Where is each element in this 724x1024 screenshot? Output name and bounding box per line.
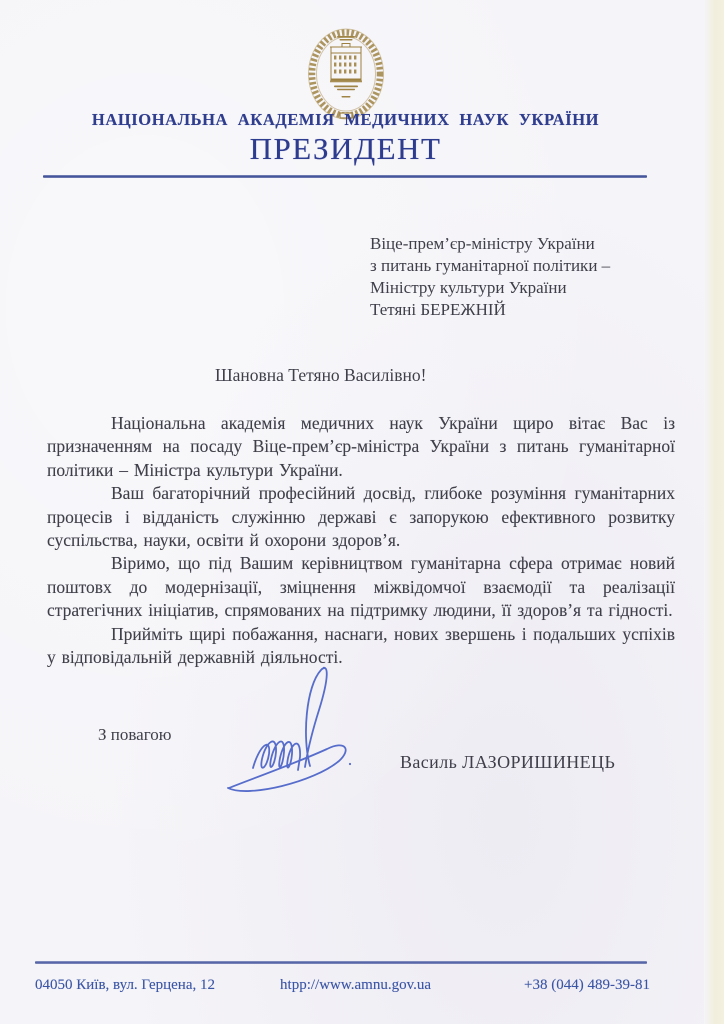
footer-website: htpp://www.amnu.gov.ua (280, 977, 431, 994)
paragraph: Національна академія медичних наук Украї… (47, 412, 675, 482)
salutation: Шановна Тетяно Василівно! (215, 365, 426, 386)
footer: 04050 Київ, вул. Герцена, 12 htpp://www.… (35, 977, 650, 994)
recipient-line: Віце-прем’єр-міністру України (370, 233, 660, 255)
footer-phone: +38 (044) 489-39-81 (524, 977, 650, 994)
recipient-block: Віце-прем’єр-міністру України з питань г… (370, 233, 660, 321)
scan-paper-edge (704, 0, 724, 1024)
recipient-line: Міністру культури України (370, 277, 660, 299)
footer-address: 04050 Київ, вул. Герцена, 12 (35, 977, 215, 994)
recipient-line: з питань гуманітарної політики – (370, 255, 660, 277)
paragraph: Ваш багаторічний професійний досвід, гли… (47, 482, 675, 552)
letter-body: Національна академія медичних наук Украї… (47, 412, 675, 669)
signature-icon (216, 664, 388, 806)
letterhead-title: ПРЕЗИДЕНТ (43, 131, 648, 167)
recipient-name: Тетяні БЕРЕЖНІЙ (370, 299, 660, 321)
scanned-letter-page: НАЦІОНАЛЬНА АКАДЕМІЯ МЕДИЧНИХ НАУК УКРАЇ… (0, 0, 724, 1024)
letterhead-divider (43, 175, 647, 178)
signer-name: Василь ЛАЗОРИШИНЕЦЬ (400, 752, 615, 773)
organization-name: НАЦІОНАЛЬНА АКАДЕМІЯ МЕДИЧНИХ НАУК УКРАЇ… (43, 110, 648, 130)
footer-divider (35, 961, 647, 964)
academy-emblem-icon (306, 26, 386, 122)
valediction: З повагою (98, 725, 171, 745)
paragraph: Віримо, що під Вашим керівництвом гумані… (47, 552, 675, 622)
paragraph: Прийміть щирі побажання, наснаги, нових … (47, 623, 675, 670)
